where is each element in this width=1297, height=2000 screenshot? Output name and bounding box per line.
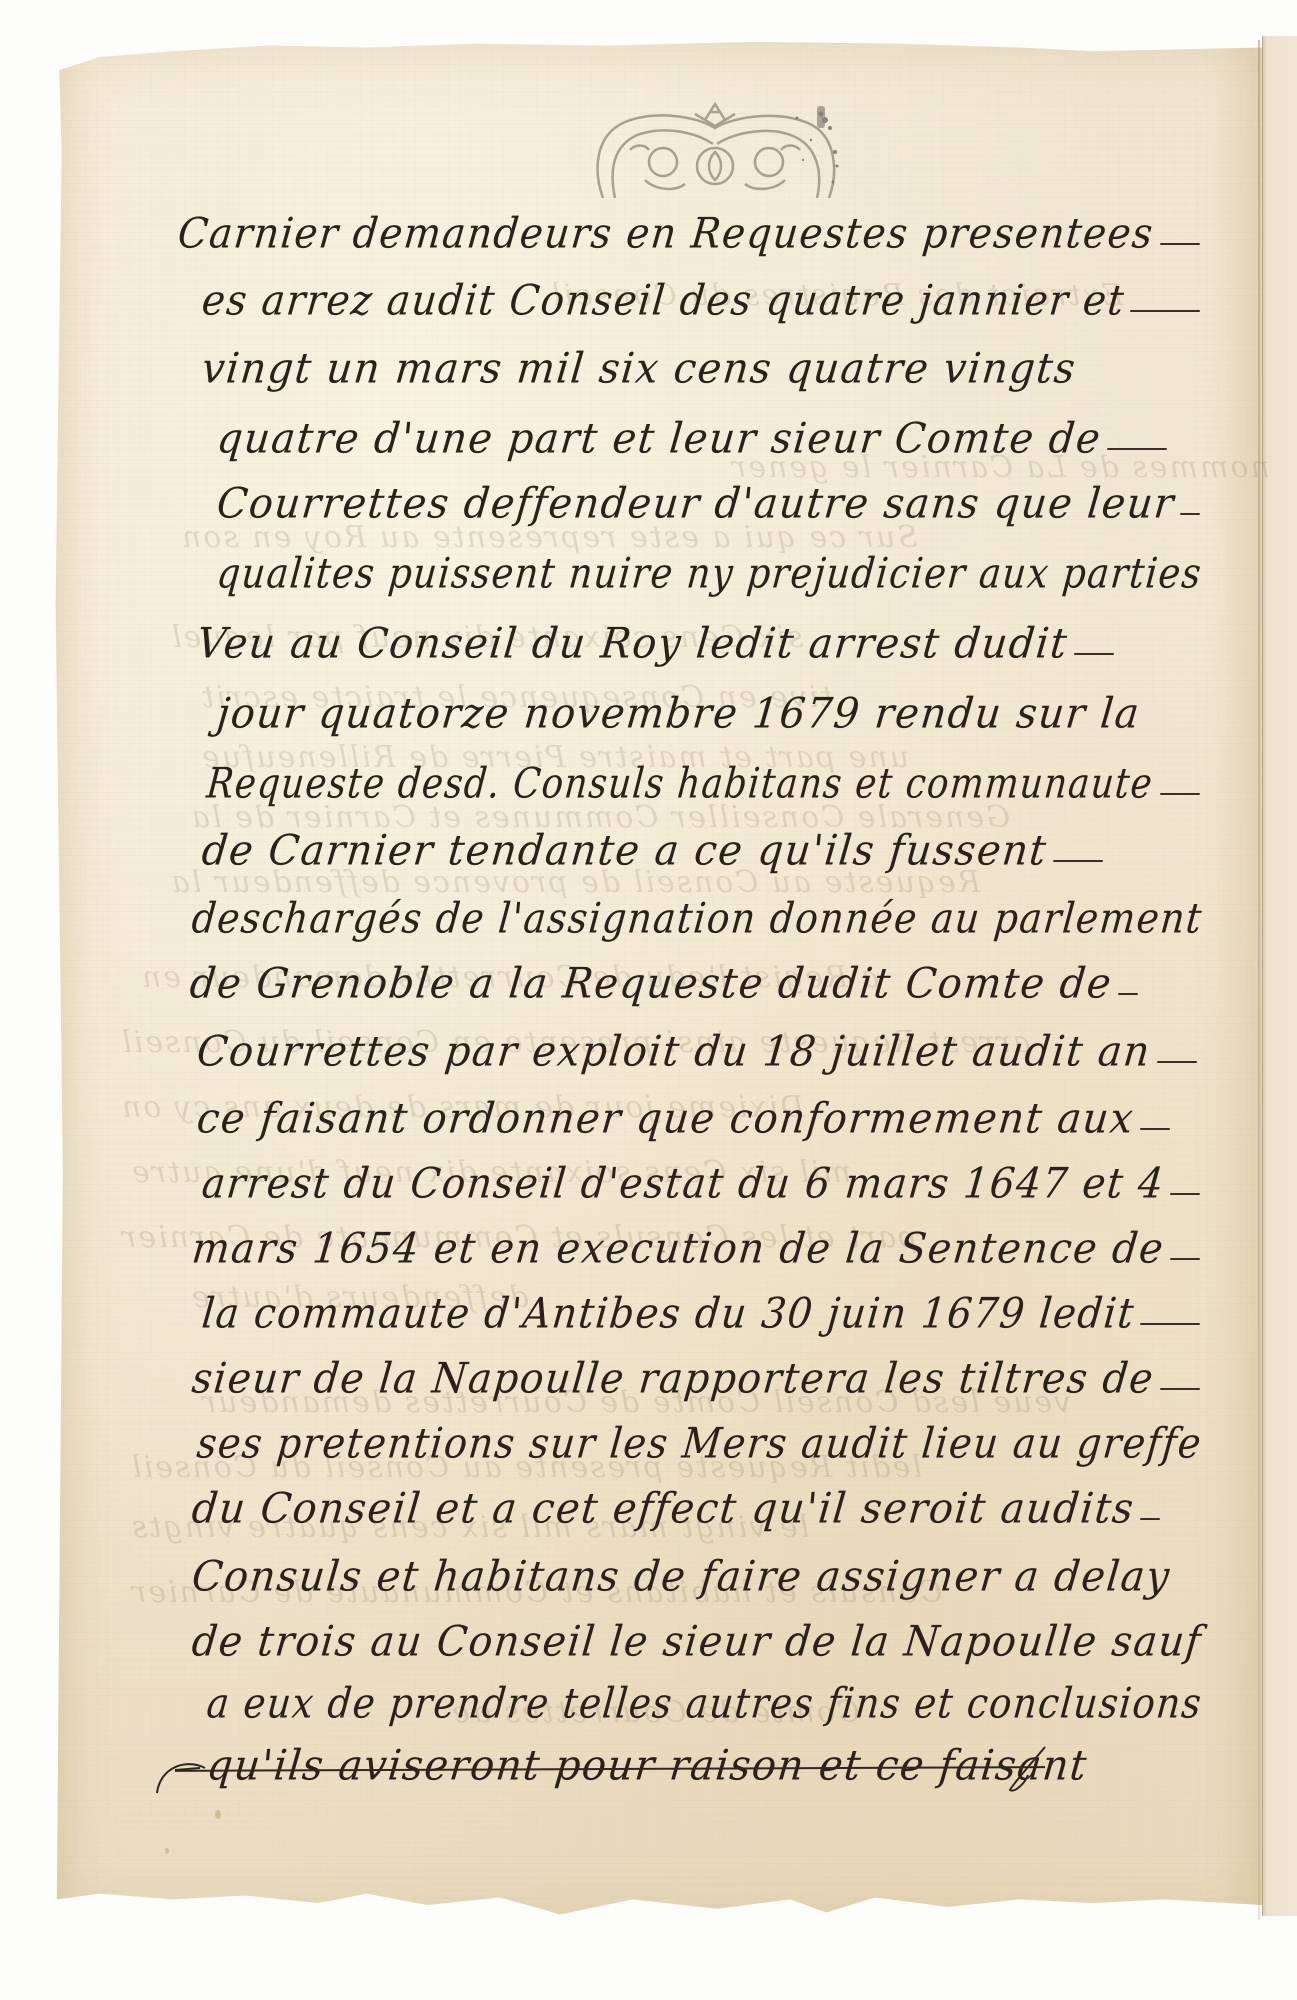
line-filler-stroke — [1140, 1128, 1170, 1130]
line-text: Courrettes deffendeur d'autre sans que l… — [215, 483, 1177, 525]
line-filler-stroke — [1160, 243, 1200, 245]
manuscript-line: ses pretentions sur les Mers audit lieu … — [195, 1405, 1200, 1465]
line-text: de Grenoble a la Requeste dudit Comte de — [188, 963, 1114, 1005]
line-text: qualites puissent nuire ny prejudicier a… — [215, 553, 1204, 595]
line-filler-stroke — [1118, 993, 1138, 995]
closing-flourish — [1000, 1745, 1050, 1795]
line-text: de Carnier tendante a ce qu'ils fussent — [200, 830, 1049, 872]
manuscript-line: deschargés de l'assignation donnée au pa… — [190, 880, 1200, 940]
manuscript-line: du Conseil et a cet effect qu'il seroit … — [190, 1470, 1160, 1530]
line-text: ce faisant ordonner que conformement aux — [195, 1098, 1136, 1140]
line-filler-stroke — [1160, 1388, 1200, 1390]
line-filler-stroke — [1140, 1323, 1200, 1325]
manuscript-line: Veu au Conseil du Roy ledit arrest dudit — [195, 605, 1114, 665]
manuscript-line: es arrez audit Conseil des quatre jannie… — [200, 262, 1200, 322]
line-text: Veu au Conseil du Roy ledit arrest dudit — [195, 623, 1070, 665]
line-text: quatre d'une part et leur sieur Comte de — [215, 418, 1103, 460]
line-text: la commaute d'Antibes du 30 juin 1679 le… — [200, 1293, 1137, 1335]
manuscript-line: ce faisant ordonner que conformement aux — [195, 1080, 1170, 1140]
manuscript-line: mars 1654 et en execution de la Sentence… — [190, 1210, 1200, 1270]
manuscript-line: qualites puissent nuire ny prejudicier a… — [215, 535, 1200, 595]
line-filler-stroke — [1170, 1193, 1200, 1195]
line-text: mars 1654 et en execution de la Sentence… — [190, 1228, 1166, 1270]
manuscript-line: de Carnier tendante a ce qu'ils fussent — [200, 812, 1103, 872]
manuscript-line: sieur de la Napoulle rapportera les tilt… — [190, 1340, 1200, 1400]
manuscript-line: arrest du Conseil d'estat du 6 mars 1647… — [200, 1145, 1200, 1205]
line-text: ses pretentions sur les Mers audit lieu … — [195, 1423, 1204, 1465]
line-text: deschargés de l'assignation donnée au pa… — [190, 898, 1204, 940]
line-text: Courrettes par exploit du 18 juillet aud… — [195, 1031, 1153, 1073]
manuscript-text: Carnier demandeurs en Requestes presente… — [0, 0, 1297, 2000]
line-filler-stroke — [1180, 513, 1200, 515]
line-filler-stroke — [1157, 1061, 1197, 1063]
manuscript-line: Consuls et habitans de faire assigner a … — [190, 1538, 1168, 1598]
manuscript-line: de Grenoble a la Requeste dudit Comte de — [188, 945, 1138, 1005]
manuscript-line: la commaute d'Antibes du 30 juin 1679 le… — [200, 1275, 1200, 1335]
manuscript-line: Requeste desd. Consuls habitans et commu… — [205, 745, 1200, 805]
line-text: Consuls et habitans de faire assigner a … — [190, 1556, 1172, 1598]
manuscript-line: Courrettes par exploit du 18 juillet aud… — [195, 1013, 1197, 1073]
line-text: jour quatorze novembre 1679 rendu sur la — [215, 693, 1142, 735]
line-text: du Conseil et a cet effect qu'il seroit … — [190, 1488, 1137, 1530]
manuscript-line: quatre d'une part et leur sieur Comte de — [215, 400, 1167, 460]
line-filler-stroke — [1160, 793, 1200, 795]
line-filler-stroke — [1130, 310, 1200, 312]
line-text: arrest du Conseil d'estat du 6 mars 1647… — [200, 1163, 1166, 1205]
closing-flourish — [155, 1738, 235, 1798]
line-text: es arrez audit Conseil des quatre jannie… — [200, 280, 1127, 322]
manuscript-line: a eux de prendre telles autres fins et c… — [205, 1665, 1200, 1725]
manuscript-line: qu'ils aviseront pour raison et ce faisa… — [205, 1727, 1085, 1787]
line-text: sieur de la Napoulle rapportera les tilt… — [190, 1358, 1156, 1400]
line-filler-stroke — [1074, 653, 1114, 655]
manuscript-line: Courrettes deffendeur d'autre sans que l… — [215, 465, 1200, 525]
line-filler-stroke — [1170, 1258, 1200, 1260]
line-text: a eux de prendre telles autres fins et c… — [205, 1683, 1204, 1725]
line-filler-stroke — [1107, 448, 1167, 450]
line-filler-stroke — [1053, 860, 1103, 862]
manuscript-line: de trois au Conseil le sieur de la Napou… — [190, 1603, 1200, 1663]
line-text: Requeste desd. Consuls habitans et commu… — [205, 763, 1155, 805]
manuscript-line: jour quatorze novembre 1679 rendu sur la — [215, 675, 1138, 735]
line-text: Carnier demandeurs en Requestes presente… — [176, 213, 1156, 255]
line-text: vingt un mars mil six cens quatre vingts — [200, 348, 1078, 390]
manuscript-line: Carnier demandeurs en Requestes presente… — [176, 195, 1200, 255]
line-filler-stroke — [1140, 1518, 1160, 1520]
manuscript-line: vingt un mars mil six cens quatre vingts — [200, 330, 1074, 390]
line-text: de trois au Conseil le sieur de la Napou… — [190, 1621, 1204, 1663]
